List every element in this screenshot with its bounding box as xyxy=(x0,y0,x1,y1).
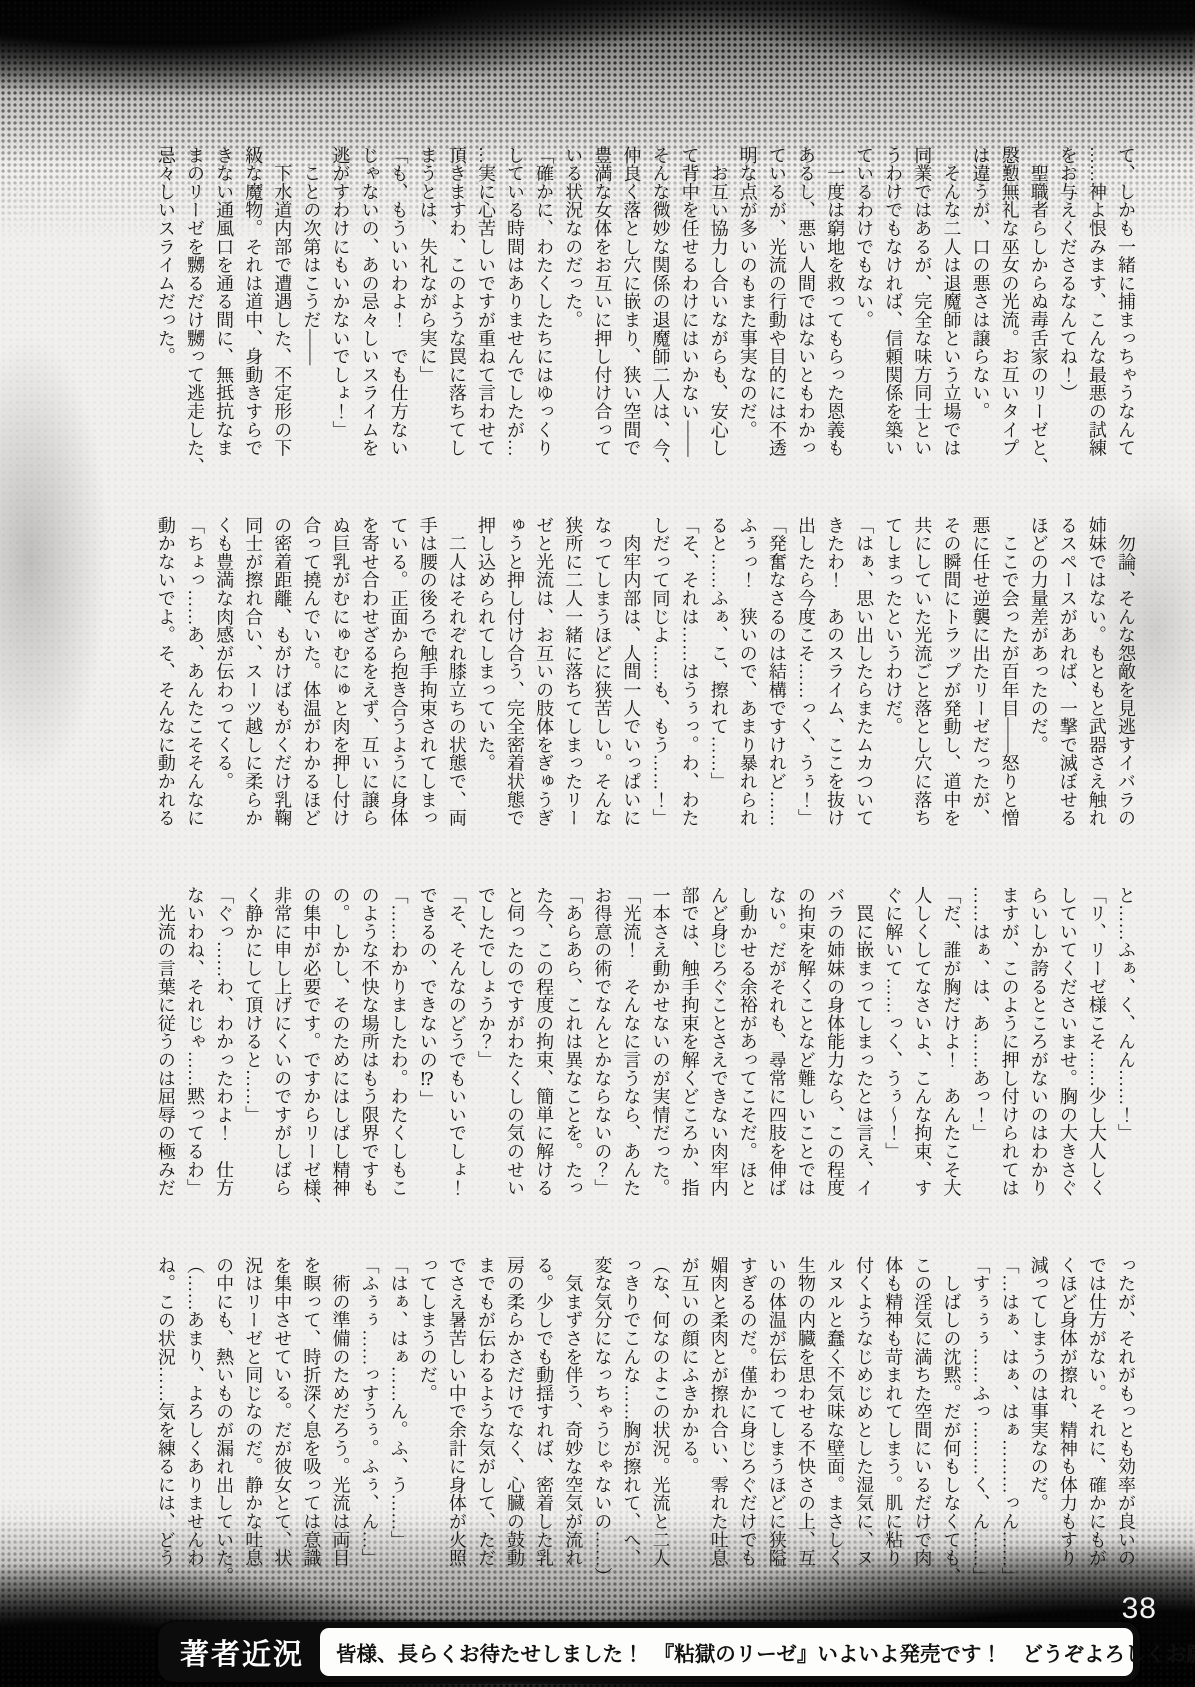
vertical-text-area: て、しかも一緒に捕まっちゃうなんて……神よ恨みます、こんな最悪の試練をお与えくだ… xyxy=(150,146,1140,1626)
text-column: 部では、触手拘束を解くどころか、指 xyxy=(675,886,704,1232)
text-column: を寄せ合わせざるをえず、互いに譲ら xyxy=(354,516,383,862)
text-column: バラの姉妹の身体能力なら、この程度 xyxy=(820,886,849,1232)
text-column: ゅうと押し付け合う、完全密着状態で xyxy=(500,516,529,862)
text-column: 「……わかりましたわ。わたくしもこ xyxy=(384,886,413,1232)
text-column: ない。だがそれも、尋常に四肢を伸ば xyxy=(762,886,791,1232)
text-column: て、しかも一緒に捕まっちゃうなんて xyxy=(1111,146,1140,492)
text-column: 「光流！ そんなに言うなら、あんた xyxy=(616,886,645,1232)
text-column: 同士が擦れ合い、スーツ越しに柔らか xyxy=(238,516,267,862)
text-column: の集中が必要です。ですからリーゼ様、 xyxy=(296,886,325,1232)
text-column: と……ふぁ、く、んん……！」 xyxy=(1111,886,1140,1232)
text-column: をお与えくださるなんてね！） xyxy=(1053,146,1082,492)
text-band-1: て、しかも一緒に捕まっちゃうなんて……神よ恨みます、こんな最悪の試練をお与えくだ… xyxy=(150,146,1140,492)
text-column: まのリーゼを嬲るだけ嬲って逃走した、 xyxy=(180,146,209,492)
text-column: 「発奮なさるのは結構ですけれど…… xyxy=(762,516,791,862)
text-column: ……神よ恨みます、こんな最悪の試練 xyxy=(1082,146,1111,492)
text-column: 一度は窮地を救ってもらった恩義も xyxy=(820,146,849,492)
text-column: 豊満な女体をお互いに押し付け合って xyxy=(587,146,616,492)
text-column: 頂きますわ、このような罠に落ちてし xyxy=(442,146,471,492)
text-column: 「あらあら、これは異なことを。たっ xyxy=(558,886,587,1232)
text-column: その瞬間にトラップが発動し、道中を xyxy=(936,516,965,862)
text-column: ゼと光流は、お互いの肢体をぎゅうぎ xyxy=(529,516,558,862)
text-column: てしまったというわけだ。 xyxy=(878,516,907,862)
text-column: そんな二人は退魔師という立場では xyxy=(936,146,965,492)
text-column: お互い協力し合いながらも、安心し xyxy=(704,146,733,492)
text-column: の密着距離、もがけばもがくだけ乳鞠 xyxy=(267,516,296,862)
text-column: 狭所に二人一緒に落ちてしまったリー xyxy=(558,516,587,862)
text-column: まうとは、失礼ながら実に」 xyxy=(413,146,442,492)
text-column: ……はぁ、は、あ……あっ！」 xyxy=(965,886,994,1232)
novel-page: て、しかも一緒に捕まっちゃうなんて……神よ恨みます、こんな最悪の試練をお与えくだ… xyxy=(0,0,1195,1687)
text-column: 「だ、誰が胸だけよ！ あんたこそ大 xyxy=(936,886,965,1232)
text-column: 光流の言葉に従うのは屈辱の極みだ xyxy=(151,886,180,1232)
text-column: 仲良く落とし穴に嵌まり、狭い空間で xyxy=(616,146,645,492)
text-column: うわけでもなければ、信頼関係を築い xyxy=(878,146,907,492)
text-column: ぬ巨乳がむにゅむにゅと肉を押し付け xyxy=(325,516,354,862)
text-column: 押し込められてしまっていた。 xyxy=(471,516,500,862)
text-column: んど身じろぐことさえできない肉牢内 xyxy=(704,886,733,1232)
text-column: なってしまうほどに狭苦しい。そんな xyxy=(587,516,616,862)
page-number: 38 xyxy=(1122,1592,1157,1626)
author-news-message: 皆様、長らくお待たせしました！ 『粘獄のリーゼ』いよいよ発売です！ どうぞよろし… xyxy=(336,1637,1195,1667)
text-column: ことの次第はこうだ―― xyxy=(296,146,325,492)
text-column: 姉妹ではない。もともと武器さえ触れ xyxy=(1082,516,1111,862)
text-column: 「リ、リーゼ様こそ……少し大人しく xyxy=(1082,886,1111,1232)
text-column: 手は腰の後ろで触手拘束されてしまっ xyxy=(413,516,442,862)
text-column: 出したら今度こそ……っく、うぅ！」 xyxy=(791,516,820,862)
text-column: 非常に申し上げにくいのですがしばら xyxy=(267,886,296,1232)
text-column: そんな微妙な関係の退魔師二人は、今、 xyxy=(645,146,674,492)
text-column: るスペースがあれば、一撃で滅ぼせる xyxy=(1053,516,1082,862)
text-column: しだって同じよ……も、もう……！」 xyxy=(645,516,674,862)
text-column: ると……ふぁ、こ、擦れて……」 xyxy=(704,516,733,862)
text-column: 「そ、そんなのどうでもいいでしょ！ xyxy=(442,886,471,1232)
text-column: 共にしていた光流ごと落とし穴に落ち xyxy=(907,516,936,862)
text-column: ているわけでもない。 xyxy=(849,146,878,492)
text-column: ここで会ったが百年目――怒りと憎 xyxy=(995,516,1024,862)
author-news-inner-box: 皆様、長らくお待たせしました！ 『粘獄のリーゼ』いよいよ発売です！ どうぞよろし… xyxy=(320,1628,1133,1676)
text-column: でしたでしょうか？」 xyxy=(471,886,500,1232)
text-column: 人しくしてなさいよ、こんな拘束、す xyxy=(907,886,936,1232)
text-column: 「ぐっ……わ、わかったわよ！ 仕方 xyxy=(209,886,238,1232)
text-column: 下水道内部で遭遇した、不定形の下 xyxy=(267,146,296,492)
text-column: と伺ったのですがわたくしの気のせい xyxy=(500,886,529,1232)
text-column: いる状況なのだった。 xyxy=(558,146,587,492)
text-column: の拘束を解くことなど難しいことでは xyxy=(791,886,820,1232)
text-column: は違うが、口の悪さは譲らない。 xyxy=(965,146,994,492)
text-column: …実に心苦しいですが重ねて言わせて xyxy=(471,146,500,492)
text-column: ないわね、それじゃ……黙ってるわ」 xyxy=(180,886,209,1232)
text-column: らいしか誇るところがないのはわかり xyxy=(1024,886,1053,1232)
text-column: 慇懃無礼な巫女の光流。お互いタイプ xyxy=(995,146,1024,492)
author-news-footer-bar: 著者近況 皆様、長らくお待たせしました！ 『粘獄のリーゼ』いよいよ発売です！ ど… xyxy=(158,1622,1140,1682)
text-column: お得意の術でなんとかならないの？」 xyxy=(587,886,616,1232)
text-column: 肉牢内部は、人間一人でいっぱいに xyxy=(616,516,645,862)
text-column: ぐに解いて……っく、うぅ～！」 xyxy=(878,886,907,1232)
text-column: じゃないの、あの忌々しいスライムを xyxy=(354,146,383,492)
text-column: あるし、悪い人間ではないともわかっ xyxy=(791,146,820,492)
text-column: 明な点が多いのもまた事実なのだ。 xyxy=(733,146,762,492)
text-column: 合って撓んでいた。体温がわかるほど xyxy=(296,516,325,862)
text-column: 「ちょっ……あ、あんたこそそんなに xyxy=(180,516,209,862)
text-column: ふぅっ！ 狭いので、あまり暴れられ xyxy=(733,516,762,862)
text-column: 忌々しいスライムだった。 xyxy=(151,146,180,492)
text-column: た今、この程度の拘束、簡単に解ける xyxy=(529,886,558,1232)
text-column: できるの、できないの⁉」 xyxy=(413,886,442,1232)
halftone-smoke-left-decoration xyxy=(0,250,140,870)
text-band-3: と……ふぁ、く、んん……！」「リ、リーゼ様こそ……少し大人しくしていてくださいま… xyxy=(150,886,1140,1232)
text-column: の。しかし、そのためにはしばし精神 xyxy=(325,886,354,1232)
text-column: 一本さえ動かせないのが実情だった。 xyxy=(645,886,674,1232)
text-column: していてくださいませ。胸の大きさぐ xyxy=(1053,886,1082,1232)
text-band-2: 勿論、そんな怨敵を見逃すイバラの姉妹ではない。もともと武器さえ触れるスペースがあ… xyxy=(150,516,1140,862)
text-column: 動かないでよ。そ、そんなに動かれる xyxy=(151,516,180,862)
text-column: している時間はありませんでしたが… xyxy=(500,146,529,492)
text-column: 悪に任せ逆襲に出たリーゼだったが、 xyxy=(965,516,994,862)
text-column: 「はぁ、思い出したらまたムカついて xyxy=(849,516,878,862)
text-column: ますが、このように押し付けられては xyxy=(995,886,1024,1232)
text-column: て背中を任せるわけにはいかない―― xyxy=(675,146,704,492)
text-column: ているが、光流の行動や目的には不透 xyxy=(762,146,791,492)
text-column: 「も、もういいわよ！ でも仕方ない xyxy=(384,146,413,492)
text-column: 二人はそれぞれ膝立ちの状態で、両 xyxy=(442,516,471,862)
text-column: ている。正面から抱き合うように身体 xyxy=(384,516,413,862)
text-column: のような不快な場所はもう限界ですも xyxy=(354,886,383,1232)
author-news-label: 著者近況 xyxy=(172,1622,312,1682)
text-column: くも豊満な肉感が伝わってくる。 xyxy=(209,516,238,862)
text-column: 「そ、それは……はうぅっ。わ、わた xyxy=(675,516,704,862)
text-column: きない通風口を通る間に、無抵抗なま xyxy=(209,146,238,492)
text-column: 聖職者らしからぬ毒舌家のリーゼと、 xyxy=(1024,146,1053,492)
text-column: 同業ではあるが、完全な味方同士とい xyxy=(907,146,936,492)
text-column: 級な魔物。それは道中、身動きすらで xyxy=(238,146,267,492)
text-column: 勿論、そんな怨敵を見逃すイバラの xyxy=(1111,516,1140,862)
text-column: 逃がすわけにもいかないでしょ！」 xyxy=(325,146,354,492)
text-column: 「確かに、わたくしたちにはゆっくり xyxy=(529,146,558,492)
text-column: きたわ！ あのスライム、ここを抜け xyxy=(820,516,849,862)
text-column: し動かせる余裕があってこそだ。ほと xyxy=(733,886,762,1232)
text-column: 罠に嵌まってしまったとは言え、イ xyxy=(849,886,878,1232)
text-column: く静かにして頂けると……」 xyxy=(238,886,267,1232)
text-column: ほどの力量差があったのだ。 xyxy=(1024,516,1053,862)
